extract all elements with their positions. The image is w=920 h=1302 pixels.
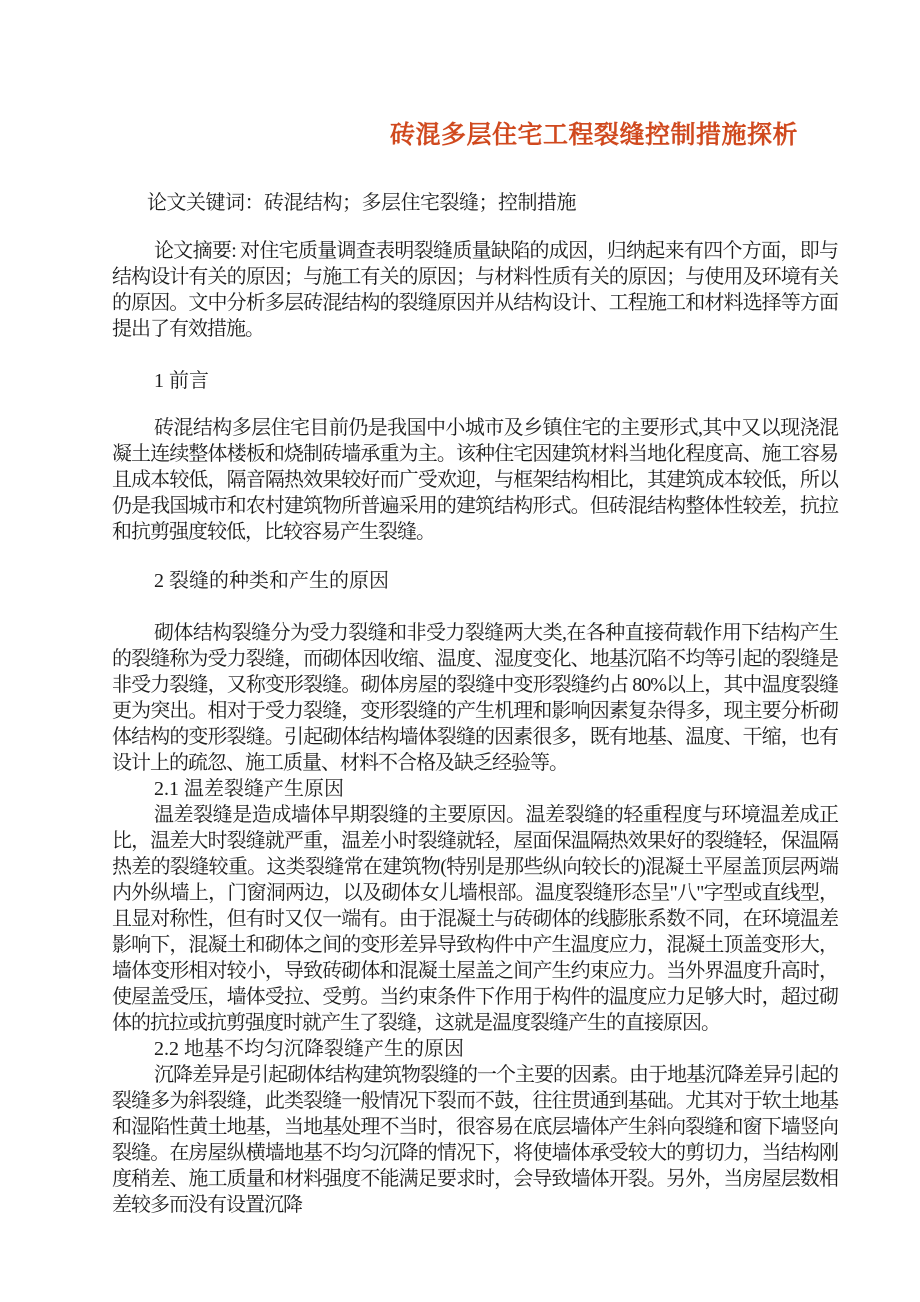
section-2-2-paragraph: 沉降差异是引起砌体结构建筑物裂缝的一个主要的因素。由于地基沉降差异引起的裂缝多为…: [112, 1062, 838, 1218]
section-1-paragraph: 砖混结构多层住宅目前仍是我国中小城市及乡镇住宅的主要形式,其中又以现浇混凝土连续…: [112, 415, 838, 545]
document-page: 砖混多层住宅工程裂缝控制措施探析 论文关键词：砖混结构；多层住宅裂缝；控制措施 …: [0, 0, 920, 1302]
abstract-paragraph: 论文摘要: 对住宅质量调查表明裂缝质量缺陷的成因，归纳起来有四个方面，即与结构设…: [112, 238, 838, 342]
section-2-1-heading: 2.1 温差裂缝产生原因: [112, 776, 838, 802]
section-2-heading: 2 裂缝的种类和产生的原因: [112, 568, 838, 594]
keywords-line: 论文关键词：砖混结构；多层住宅裂缝；控制措施: [112, 190, 838, 216]
document-title: 砖混多层住宅工程裂缝控制措施探析: [390, 121, 838, 151]
section-2-2-heading: 2.2 地基不均匀沉降裂缝产生的原因: [112, 1036, 838, 1062]
document-content: 砖混多层住宅工程裂缝控制措施探析 论文关键词：砖混结构；多层住宅裂缝；控制措施 …: [112, 0, 838, 1218]
section-2-paragraph: 砌体结构裂缝分为受力裂缝和非受力裂缝两大类,在各种直接荷载作用下结构产生的裂缝称…: [112, 620, 838, 776]
section-2-1-paragraph: 温差裂缝是造成墙体早期裂缝的主要原因。温差裂缝的轻重程度与环境温差成正比，温差大…: [112, 802, 838, 1036]
section-1-heading: 1 前言: [112, 368, 838, 394]
